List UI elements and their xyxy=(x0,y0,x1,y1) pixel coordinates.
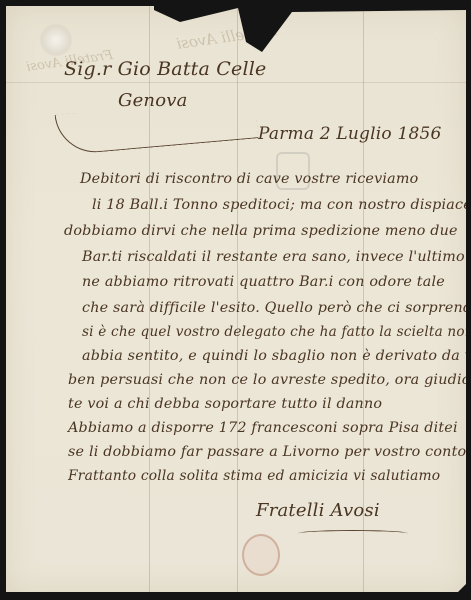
wax-seal-icon xyxy=(242,534,280,576)
body-line: si è che quel vostro delegato che ha fat… xyxy=(82,324,471,340)
bleed-through-text: Fratelli Avosi xyxy=(175,21,277,53)
body-line: ben persuasi che non ce lo avreste spedi… xyxy=(68,372,471,388)
embossed-stamp-icon xyxy=(38,24,74,56)
body-line: Debitori di riscontro di cave vostre ric… xyxy=(80,171,418,187)
recipient-name: Sig.r Gio Batta Celle xyxy=(64,58,266,80)
body-line: te voi a chi debba soportare tutto il da… xyxy=(68,396,382,412)
fold-line xyxy=(6,82,466,83)
signature: Fratelli Avosi xyxy=(256,500,380,521)
address-flourish xyxy=(55,97,259,155)
body-line: ne abbiamo ritrovati quattro Bar.i con o… xyxy=(82,274,445,290)
body-line: se li dobbiamo far passare a Livorno per… xyxy=(68,444,466,460)
letter-dateline: Parma 2 Luglio 1856 xyxy=(258,124,442,144)
letter-paper: Fratelli Avosi Fratelli Avosi Sig.r Gio … xyxy=(6,6,466,592)
body-line: Frattanto colla solita stima ed amicizia… xyxy=(68,468,440,484)
body-line: abbia sentito, e quindi lo sbaglio non è… xyxy=(82,348,471,364)
signature-flourish xyxy=(298,530,408,537)
body-line: Abbiamo a disporre 172 francesconi sopra… xyxy=(68,420,458,436)
body-line: dobbiamo dirvi che nella prima spedizion… xyxy=(64,223,458,239)
body-line: Bar.ti riscaldati il restante era sano, … xyxy=(82,249,465,265)
body-line: li 18 Ball.i Tonno speditoci; ma con nos… xyxy=(92,197,471,213)
scan-background: Fratelli Avosi Fratelli Avosi Sig.r Gio … xyxy=(0,0,471,600)
fold-line xyxy=(237,6,238,592)
body-line: che sarà difficile l'esito. Quello però … xyxy=(82,300,471,316)
